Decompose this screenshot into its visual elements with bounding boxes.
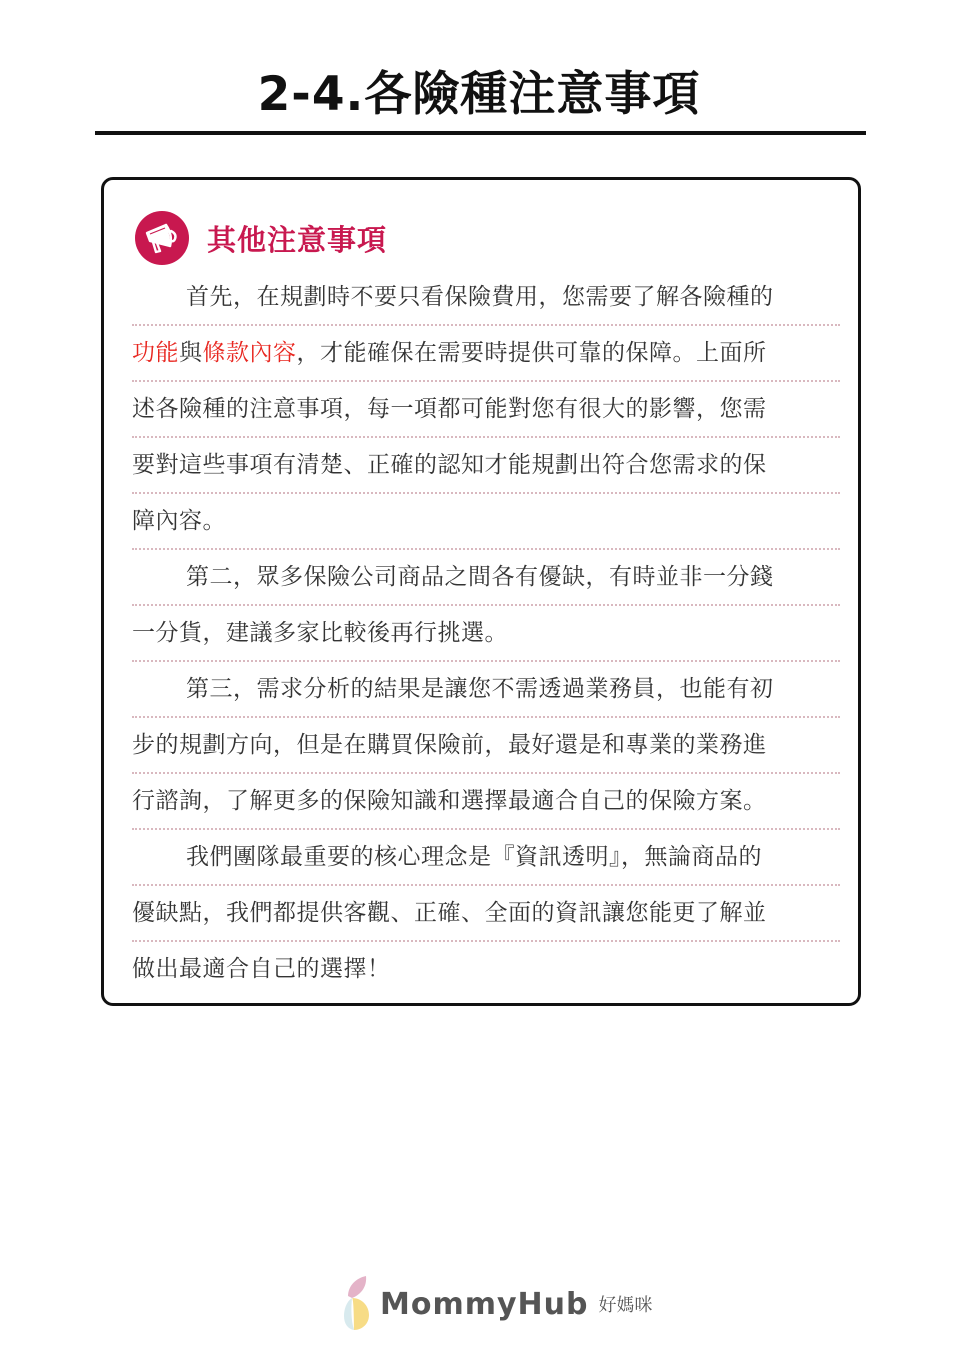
text-segment: 首先，在規劃時不要只看保險費用，您需要了解各險種的	[186, 284, 774, 310]
text-segment: 要對這些事項有清楚、正確的認知才能規劃出符合您需求的保	[132, 452, 767, 478]
megaphone-icon	[135, 211, 189, 265]
text-segment: 步的規劃方向，但是在購買保險前，最好還是和專業的業務進	[132, 732, 767, 758]
text-line: 障內容。	[132, 494, 840, 550]
text-line: 我們團隊最重要的核心理念是『資訊透明』，無論商品的	[132, 830, 840, 886]
body-text: 首先，在規劃時不要只看保險費用，您需要了解各險種的功能與條款內容，才能確保在需要…	[132, 270, 840, 998]
text-segment: 我們團隊最重要的核心理念是『資訊透明』，無論商品的	[186, 844, 762, 870]
text-segment: 第三，需求分析的結果是讓您不需透過業務員，也能有初	[186, 676, 774, 702]
text-line: 首先，在規劃時不要只看保險費用，您需要了解各險種的	[132, 270, 840, 326]
mommyhub-logo-icon	[342, 1276, 372, 1332]
text-segment: 障內容。	[132, 508, 226, 534]
text-segment: 與	[179, 340, 203, 366]
text-segment: 做出最適合自己的選擇！	[132, 956, 391, 982]
text-line: 要對這些事項有清楚、正確的認知才能規劃出符合您需求的保	[132, 438, 840, 494]
notice-card: 其他注意事項 首先，在規劃時不要只看保險費用，您需要了解各險種的功能與條款內容，…	[101, 177, 861, 1006]
brand-name-chinese: 好媽咪	[598, 1291, 652, 1317]
text-line: 行諮詢，了解更多的保險知識和選擇最適合自己的保險方案。	[132, 774, 840, 830]
page-title: 2-4.各險種注意事項	[0, 62, 958, 128]
text-line: 一分貨，建議多家比較後再行挑選。	[132, 606, 840, 662]
text-line: 述各險種的注意事項，每一項都可能對您有很大的影響，您需	[132, 382, 840, 438]
text-segment: 優缺點，我們都提供客觀、正確、全面的資訊讓您能更了解並	[132, 900, 767, 926]
text-segment: ，才能確保在需要時提供可靠的保障。上面所	[297, 340, 767, 366]
text-segment: 一分貨，建議多家比較後再行挑選。	[132, 620, 508, 646]
text-line: 步的規劃方向，但是在購買保險前，最好還是和專業的業務進	[132, 718, 840, 774]
text-line: 做出最適合自己的選擇！	[132, 942, 840, 998]
text-segment: 述各險種的注意事項，每一項都可能對您有很大的影響，您需	[132, 396, 767, 422]
highlighted-text: 功能	[132, 340, 179, 366]
text-segment: 第二，眾多保險公司商品之間各有優缺，有時並非一分錢	[186, 564, 774, 590]
section-title: 其他注意事項	[207, 218, 387, 259]
section-header: 其他注意事項	[135, 210, 387, 266]
brand-name: MommyHub	[380, 1287, 588, 1322]
text-line: 第三，需求分析的結果是讓您不需透過業務員，也能有初	[132, 662, 840, 718]
text-line: 功能與條款內容，才能確保在需要時提供可靠的保障。上面所	[132, 326, 840, 382]
text-line: 第二，眾多保險公司商品之間各有優缺，有時並非一分錢	[132, 550, 840, 606]
footer-logo: MommyHub 好媽咪	[342, 1276, 652, 1332]
text-line: 優缺點，我們都提供客觀、正確、全面的資訊讓您能更了解並	[132, 886, 840, 942]
highlighted-text: 條款內容	[203, 340, 297, 366]
text-segment: 行諮詢，了解更多的保險知識和選擇最適合自己的保險方案。	[132, 788, 767, 814]
title-divider	[95, 131, 866, 135]
